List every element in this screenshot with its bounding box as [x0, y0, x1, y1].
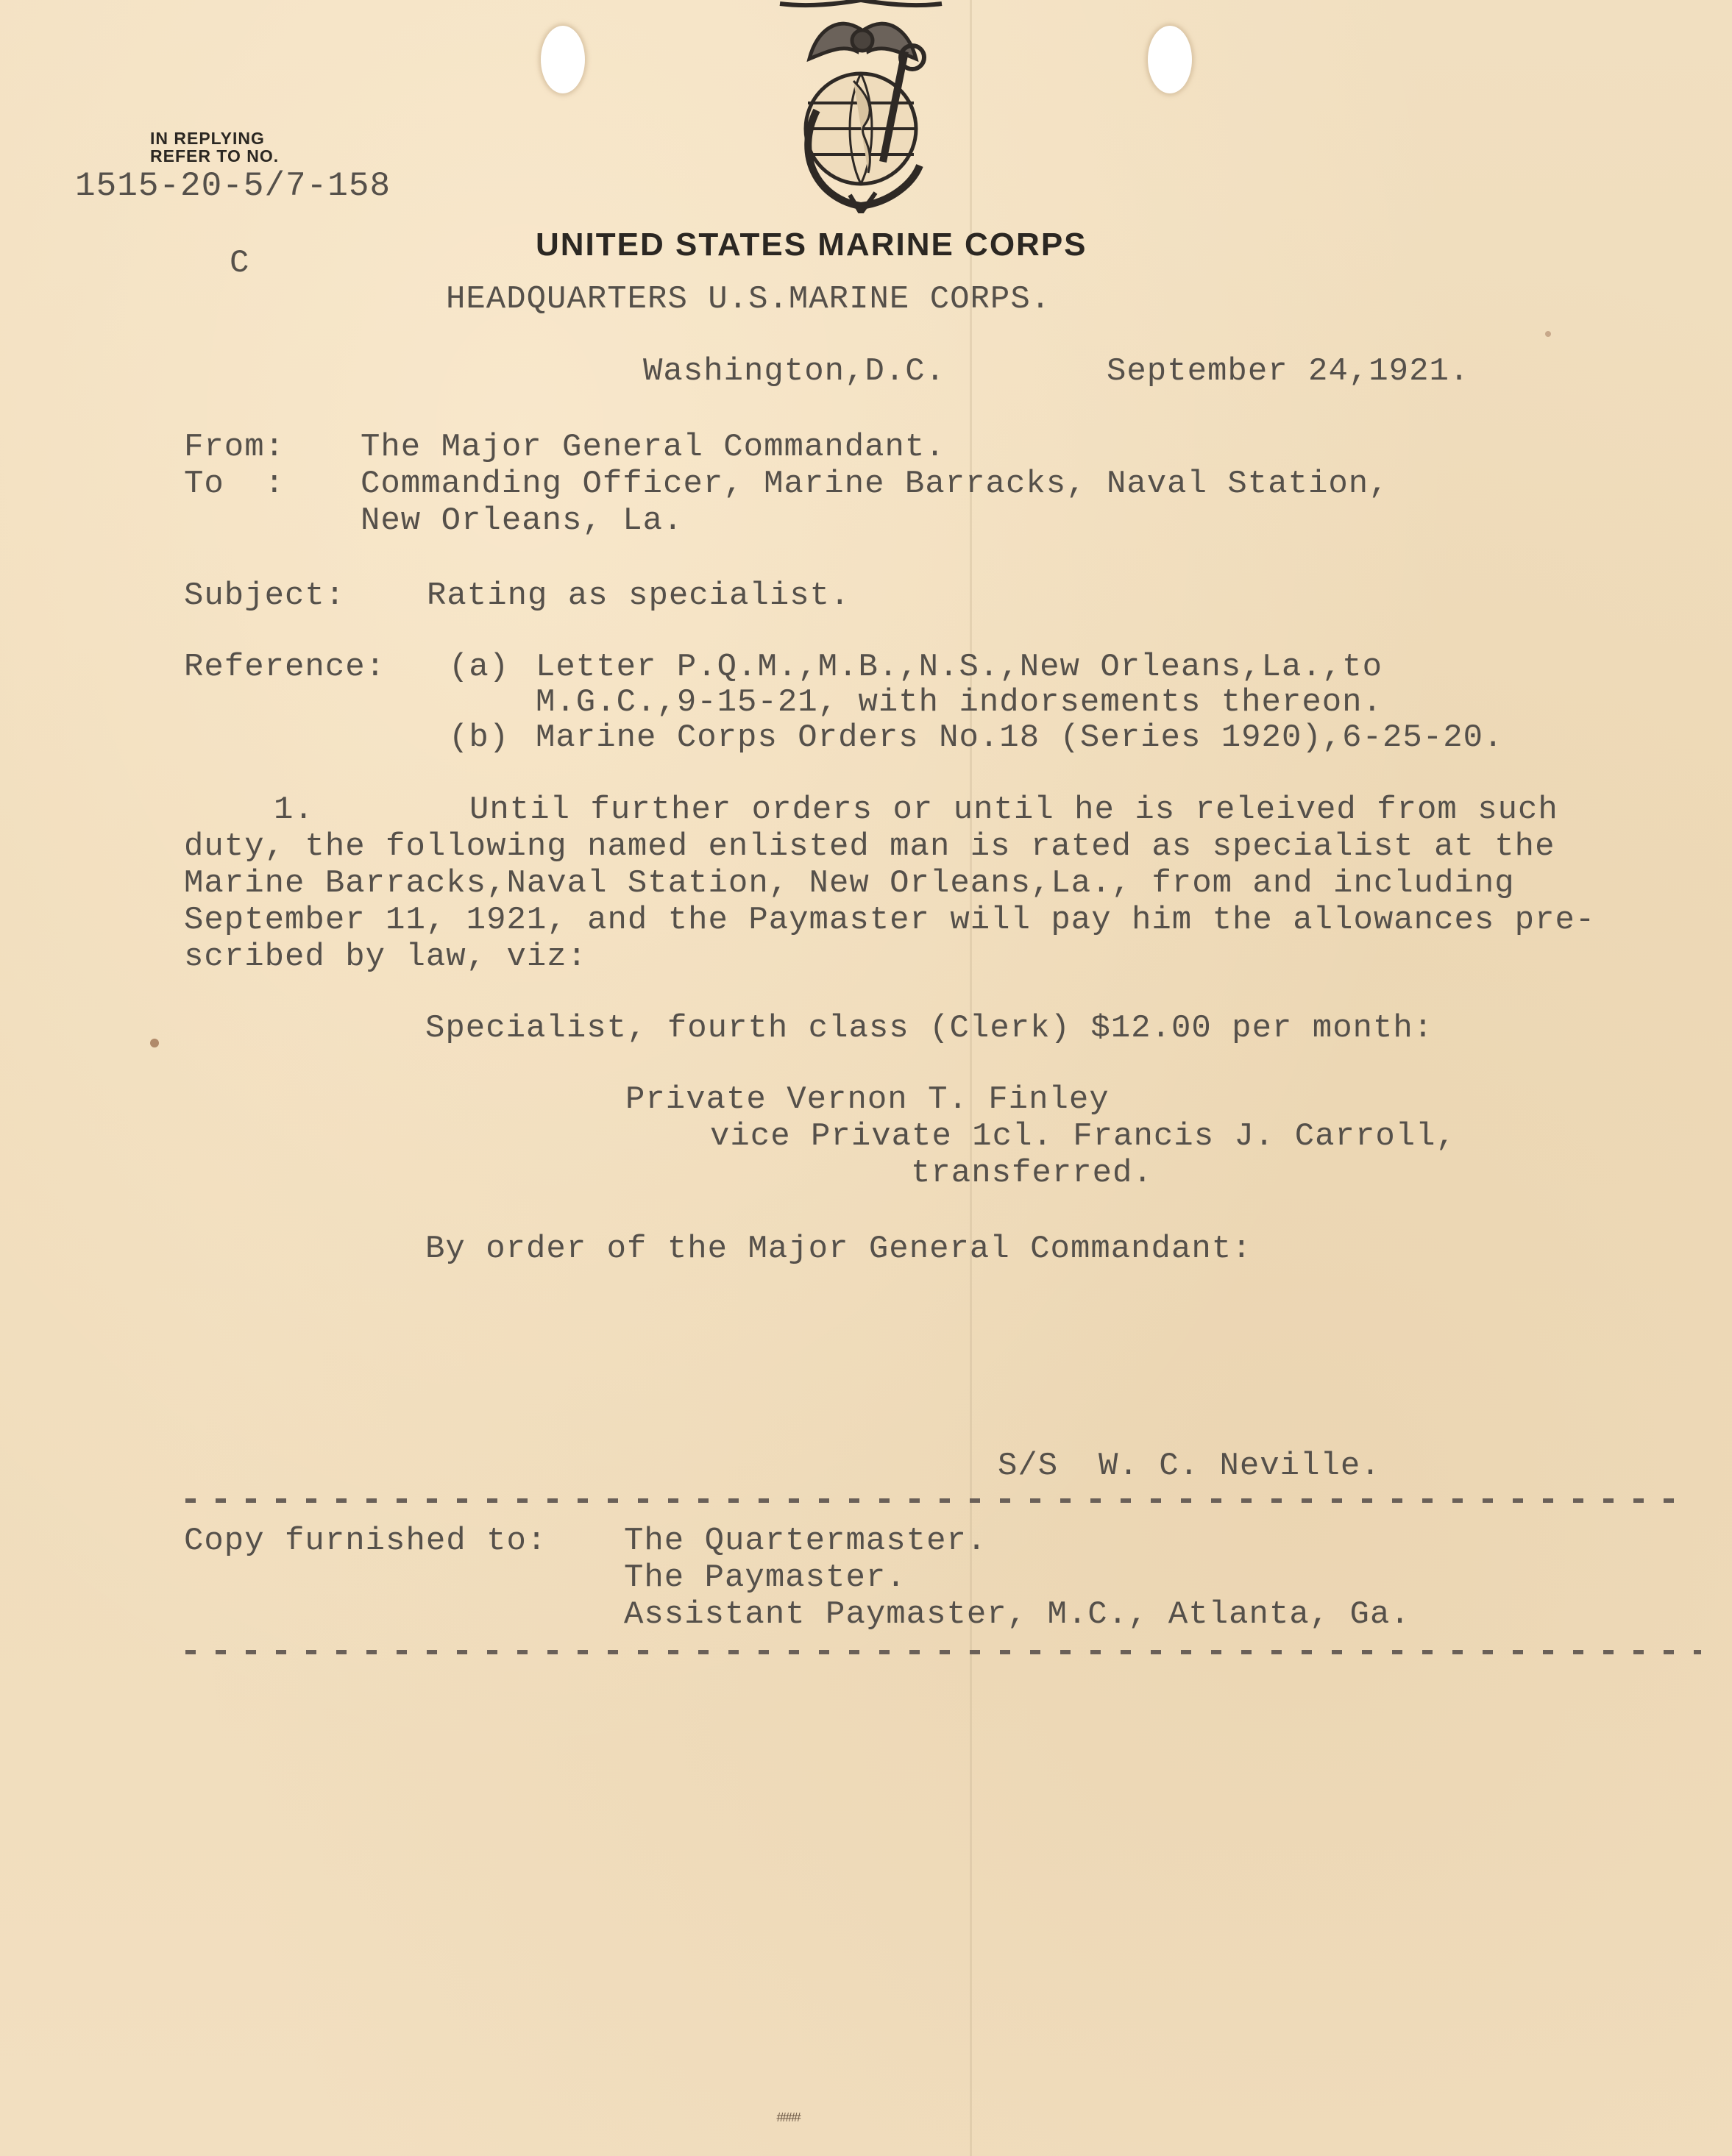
punch-hole-right: [1148, 26, 1192, 93]
body-line: Marine Barracks,Naval Station, New Orlea…: [184, 865, 1515, 902]
reference-a-line2: M.G.C.,9-15-21, with indorsements thereo…: [536, 684, 1383, 721]
vice-status: transferred.: [911, 1155, 1153, 1192]
copy-recipient: The Quartermaster.: [624, 1523, 987, 1559]
eagle-globe-anchor-emblem: [765, 0, 956, 213]
organization-name: UNITED STATES MARINE CORPS: [536, 227, 1087, 263]
reference-a-line1: Letter P.Q.M.,M.B.,N.S.,New Orleans,La.,…: [536, 649, 1383, 686]
to-label: To :: [184, 466, 285, 502]
reply-label-line2: REFER TO NO.: [150, 146, 279, 166]
dashed-separator-top: [185, 1498, 1679, 1503]
reference-b-line1: Marine Corps Orders No.18 (Series 1920),…: [536, 719, 1503, 756]
file-mark: C: [230, 245, 249, 282]
subject-label: Subject:: [184, 577, 345, 614]
to-value-line2: New Orleans, La.: [361, 502, 683, 539]
reference-number: 1515-20-5/7-158: [75, 168, 391, 204]
reference-b-marker: (b): [449, 719, 509, 756]
stain-spot: [150, 1039, 159, 1047]
from-value: The Major General Commandant.: [361, 429, 945, 466]
from-label: From:: [184, 429, 285, 466]
signature: S/S W. C. Neville.: [998, 1448, 1381, 1484]
body-line: Until further orders or until he is rele…: [469, 791, 1558, 828]
paper-fold-line: [970, 0, 972, 2156]
punch-hole-left: [541, 26, 585, 93]
rating-line: Specialist, fourth class (Clerk) $12.00 …: [425, 1010, 1433, 1047]
vice-line: vice Private 1cl. Francis J. Carroll,: [710, 1118, 1456, 1155]
headquarters-line: HEADQUARTERS U.S.MARINE CORPS.: [446, 281, 1051, 318]
reference-label: Reference:: [184, 649, 386, 686]
reply-label-line1: IN REPLYING: [150, 129, 265, 149]
dateline-date: September 24,1921.: [1107, 353, 1469, 390]
footer-mark: ####: [776, 2100, 799, 2137]
copy-recipient: Assistant Paymaster, M.C., Atlanta, Ga.: [624, 1596, 1410, 1633]
paragraph-number: 1.: [274, 791, 314, 828]
body-line: duty, the following named enlisted man i…: [184, 828, 1555, 865]
copies-label: Copy furnished to:: [184, 1523, 547, 1559]
dashed-separator-bottom: [185, 1650, 1701, 1654]
copy-recipient: The Paymaster.: [624, 1559, 906, 1596]
closing-line: By order of the Major General Commandant…: [425, 1231, 1252, 1267]
reference-a-marker: (a): [449, 649, 509, 686]
dateline-place: Washington,D.C.: [643, 353, 945, 390]
body-line: September 11, 1921, and the Paymaster wi…: [184, 902, 1595, 939]
stain-spot: [1545, 331, 1551, 337]
body-line: scribed by law, viz:: [184, 939, 587, 975]
to-value-line1: Commanding Officer, Marine Barracks, Nav…: [361, 466, 1389, 502]
subject-value: Rating as specialist.: [427, 577, 851, 614]
appointee-name: Private Vernon T. Finley: [625, 1081, 1110, 1118]
